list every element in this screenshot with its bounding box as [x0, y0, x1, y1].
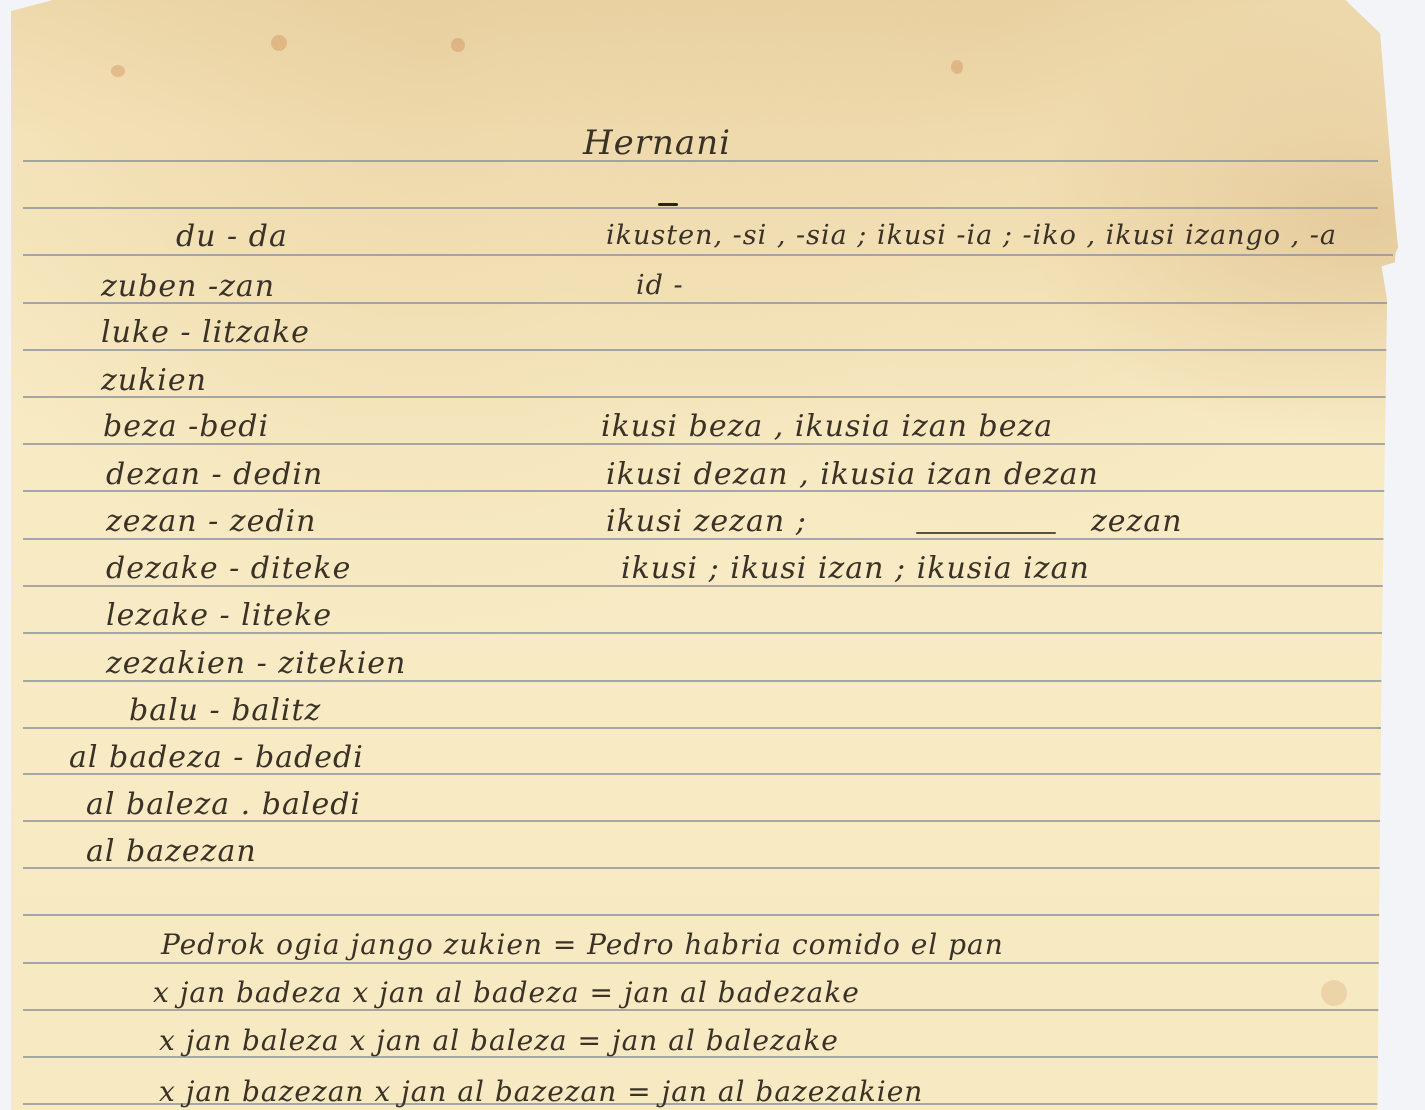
ruled-line: [23, 1009, 1388, 1011]
left-entry: zuben -zan: [101, 272, 275, 302]
ditto-dash: [916, 532, 1056, 534]
left-entry: zukien: [101, 366, 207, 396]
stain: [451, 38, 465, 52]
example-sentence: x jan bazezan x jan al bazezan = jan al …: [159, 1078, 923, 1106]
example-sentence: Pedrok ogia jango zukien = Pedro habria …: [161, 931, 1004, 959]
left-entry: al badeza - badedi: [69, 743, 364, 773]
right-entry: ikusi dezan , ikusia izan dezan: [606, 460, 1099, 490]
left-entry: dezake - diteke: [106, 554, 351, 584]
left-entry: al baleza . baledi: [86, 790, 361, 820]
right-entry: ikusi zezan ;: [606, 507, 807, 537]
right-entry: ikusi ; ikusi izan ; ikusia izan: [621, 554, 1090, 584]
left-entry: zezan - zedin: [106, 507, 316, 537]
stain: [1321, 980, 1347, 1006]
right-entry: id -: [636, 272, 684, 299]
ruled-line: [23, 254, 1393, 256]
left-entry: du - da: [176, 222, 288, 252]
dash-mark: [658, 203, 678, 206]
ruled-line: [23, 396, 1388, 398]
right-entry: ikusi beza , ikusia izan beza: [601, 412, 1053, 442]
left-entry: balu - balitz: [129, 696, 321, 726]
ruled-line: [23, 962, 1388, 964]
ruled-line: [23, 207, 1378, 209]
left-entry: beza -bedi: [103, 412, 269, 442]
handwritten-page: Hernani du - da zuben -zan luke - litzak…: [11, 0, 1401, 1110]
left-entry: luke - litzake: [101, 318, 310, 348]
example-sentence: x jan baleza x jan al baleza = jan al ba…: [159, 1027, 839, 1055]
paper-tear: [1395, 245, 1411, 273]
page-title: Hernani: [583, 126, 731, 160]
left-entry: lezake - liteke: [106, 601, 332, 631]
left-entry: al bazezan: [86, 837, 257, 867]
example-sentence: x jan badeza x jan al badeza = jan al ba…: [153, 979, 860, 1007]
ruled-line: [23, 914, 1388, 916]
stain: [951, 60, 963, 74]
right-entry: zezan: [1091, 507, 1183, 537]
stain: [271, 35, 287, 51]
left-entry: dezan - dedin: [106, 460, 323, 490]
stain: [111, 65, 125, 77]
right-entry: ikusten, -si , -sia ; ikusi -ia ; -iko ,…: [606, 222, 1337, 249]
left-entry: zezakien - zitekien: [106, 649, 406, 679]
